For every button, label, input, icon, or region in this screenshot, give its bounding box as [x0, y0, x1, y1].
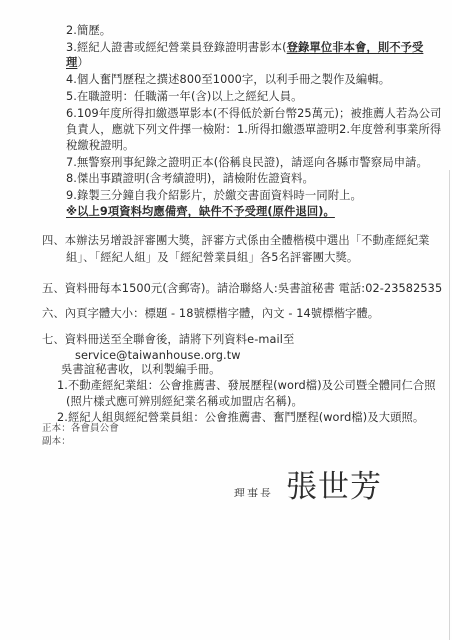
page-edge-divider: [449, 170, 450, 640]
requirement-item-8: 8.傑出事蹟證明(含考績證明)，請檢附佐證資料。: [66, 172, 314, 186]
document-page: 2.簡歷。 3.經紀人證書或經紀營業員登錄證明書影本(登錄單位非本會，則不予受 …: [0, 0, 452, 640]
distribution-copy: 副本：: [42, 436, 71, 448]
requirement-item-3-warning-end: 理: [66, 56, 77, 69]
requirement-item-5: 5.在職證明：任職滿一年(含)以上之經紀人員。: [66, 90, 303, 104]
requirements-note: ※以上9項資料均應備齊，缺件不予受理(原件退回)。: [66, 205, 335, 219]
section-four: 四、本辦法另增設評審團大獎，評審方式係由全體楷模中選出「不動產經紀業: [42, 234, 430, 248]
signature-name: 張世芳: [286, 470, 382, 504]
section-seven-item-1: 1.不動產經紀業組：公會推薦書、發展歷程(word檔)及公司暨全體同仁合照: [57, 379, 436, 393]
distribution-original: 正本：各會員公會: [42, 423, 119, 435]
section-four-line-2: 組」、「經紀人組」及「經紀營業員組」各5名評審團大獎。: [66, 251, 358, 265]
requirement-item-3-warning: 登錄單位非本會，則不予受: [287, 41, 424, 54]
contact-email: service@taiwanhouse.org.tw: [75, 349, 241, 363]
requirement-item-3-close: ）: [77, 56, 88, 69]
signature-title: 理事長: [234, 487, 273, 497]
requirement-item-3: 3.經紀人證書或經紀營業員登錄證明書影本(登錄單位非本會，則不予受: [66, 41, 423, 55]
requirement-item-3-continued: 理）: [66, 56, 89, 70]
section-seven-item-1-line-2: (照片樣式應可辨別經紀業名稱或加盟店名稱)。: [66, 395, 303, 409]
requirement-item-7: 7.無警察刑事紀錄之證明正本(俗稱良民證)，請逕向各縣市警察局申請。: [66, 156, 428, 170]
section-six: 六、內頁字體大小：標題 - 18號標楷字體，內文 - 14號標楷字體。: [42, 307, 379, 321]
requirement-item-2: 2.簡歷。: [66, 24, 111, 38]
requirement-item-6-line-3: 稅繳稅證明。: [66, 139, 134, 153]
requirement-item-3-text: 3.經紀人證書或經紀營業員登錄證明書影本(: [66, 41, 287, 54]
section-seven: 七、資料冊送至全聯會後，請將下列資料e-mail至: [42, 333, 294, 347]
requirement-item-6: 6.109年度所得扣繳憑單影本(不得低於新台幣25萬元)；被推薦人若為公司: [66, 107, 442, 121]
section-five: 五、資料冊每本1500元(含郵寄)。請洽聯絡人:吳書誼秘書 電話:02-2358…: [42, 282, 442, 296]
requirement-item-4: 4.個人奮鬥歷程之撰述800至1000字，以利手冊之製作及編輯。: [66, 73, 390, 87]
requirement-item-6-line-2: 負責人，應就下列文件擇一檢附：1.所得扣繳憑單證明2.年度營利事業所得: [66, 123, 441, 137]
section-seven-recipient: 吳書誼秘書收，以利製編手冊。: [61, 363, 221, 377]
requirement-item-9: 9.錄製三分鐘自我介紹影片，於繳交書面資料時一同附上。: [66, 189, 362, 203]
